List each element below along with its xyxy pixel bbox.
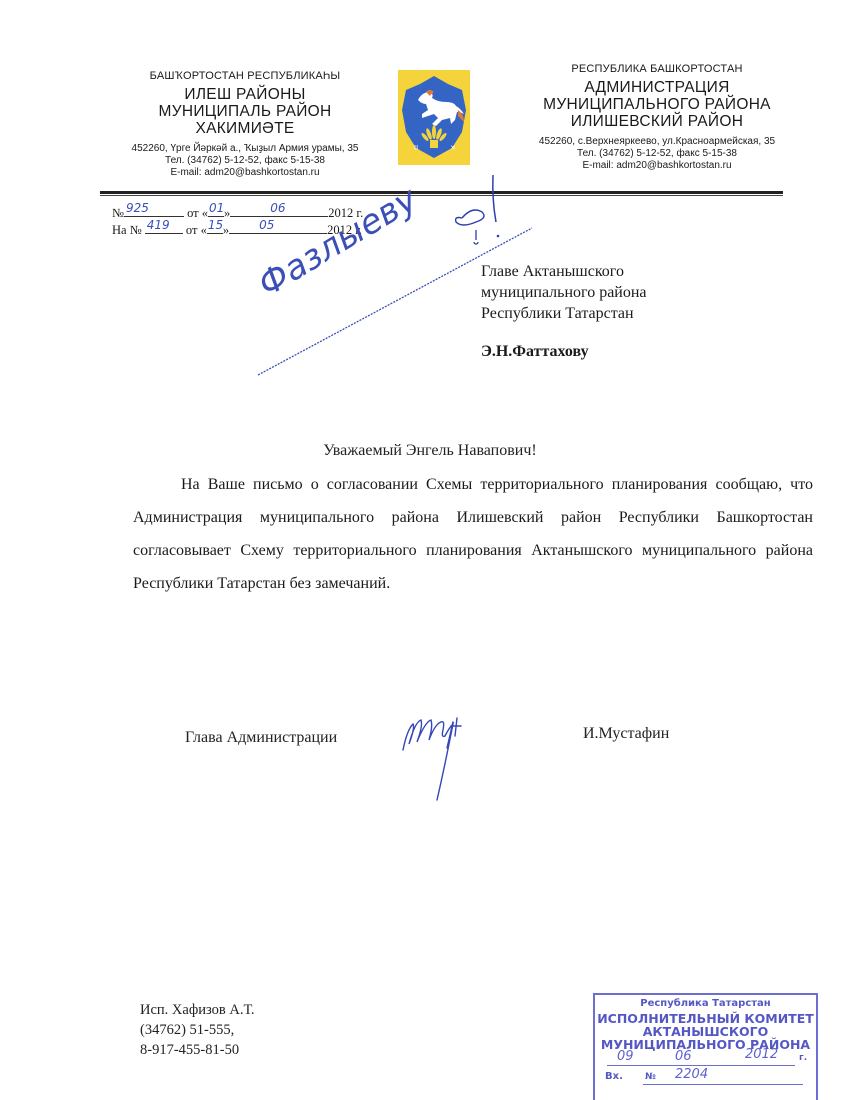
stamp-month: 06 [675,1049,692,1064]
incoming-number: 419 [147,218,170,232]
executor-mobile: 8-917-455-81-50 [140,1040,254,1060]
incoming-from-label: от « [186,223,207,237]
header-right-title-line-3: ИЛИШЕВСКИЙ РАЙОН [512,113,802,130]
stamp-number-row: Вх. № 2204 [595,1069,816,1087]
incoming-registration-stamp: Республика Татарстан ИСПОЛНИТЕЛЬНЫЙ КОМИ… [593,993,818,1100]
addressee-line-1: Главе Актанышского [481,261,647,282]
outgoing-day: 01 [209,201,224,215]
header-left-title-line-1: ИЛЕШ РАЙОНЫ [100,86,390,103]
header-right-address: 452260, с.Верхнеяркеево, ул.Красноармейс… [512,136,802,148]
stamp-number: 2204 [675,1067,708,1082]
outgoing-from-label: от « [187,206,208,220]
incoming-day: 15 [208,218,223,232]
stamp-day: 09 [617,1049,634,1064]
stamp-number-label: № [645,1072,656,1082]
header-left-title-line-3: ХАКИМИӘТЕ [100,120,390,137]
stamp-year: 2012 [745,1047,778,1062]
handwritten-signature-icon [395,700,515,810]
addressee-line-2: муниципального района [481,282,647,303]
header-right-republic: РЕСПУБЛИКА БАШКОРТОСТАН [512,63,802,75]
body-paragraph: На Ваше письмо о согласовании Схемы терр… [133,468,813,600]
header-right-email: E-mail: adm20@bashkortostan.ru [512,160,802,172]
addressee-line-3: Республики Татарстан [481,303,647,324]
header-right-russian: РЕСПУБЛИКА БАШКОРТОСТАН АДМИНИСТРАЦИЯ МУ… [512,63,802,172]
stamp-year-suffix: г. [799,1053,807,1063]
header-left-title-line-2: МУНИЦИПАЛЬ РАЙОН [100,103,390,120]
header-right-phone: Тел. (34762) 5-12-52, факс 5-15-38 [512,148,802,160]
signatory-name: И.Мустафин [583,725,669,743]
stamp-in-label: Вх. [605,1071,623,1082]
header-right-title-line-2: МУНИЦИПАЛЬНОГО РАЙОНА [512,96,802,113]
addressee-name: Э.Н.Фаттахову [481,341,647,362]
incoming-number-prefix: На № [112,223,142,237]
executor-name: Исп. Хафизов А.Т. [140,1000,254,1020]
executor-phone: (34762) 51-555, [140,1020,254,1040]
header-left-phone: Тел. (34762) 5-12-52, факс 5-15-38 [100,155,390,167]
letter-body: На Ваше письмо о согласовании Схемы терр… [133,468,813,600]
svg-text:✕: ✕ [450,144,456,152]
addressee-block: Главе Актанышского муниципального района… [481,261,647,362]
header-left-republic: БАШҠОРТОСТАН РЕСПУБЛИКАҺЫ [100,70,390,82]
header-left-address: 452260, Үрге Йәркәй а., Ҡыҙыл Армия урам… [100,143,390,155]
header-left-bashkir: БАШҠОРТОСТАН РЕСПУБЛИКАҺЫ ИЛЕШ РАЙОНЫ МУ… [100,70,390,179]
outgoing-number: 925 [126,201,149,215]
coat-of-arms-icon: II ✕ [398,70,470,165]
stamp-republic: Республика Татарстан [595,998,816,1009]
header-right-title-line-1: АДМИНИСТРАЦИЯ [512,79,802,96]
outgoing-number-prefix: № [112,206,124,220]
signatory-title: Глава Администрации [185,729,337,747]
executor-block: Исп. Хафизов А.Т. (34762) 51-555, 8-917-… [140,1000,254,1060]
svg-text:II: II [414,144,418,152]
salutation: Уважаемый Энгель Навапович! [0,442,850,460]
